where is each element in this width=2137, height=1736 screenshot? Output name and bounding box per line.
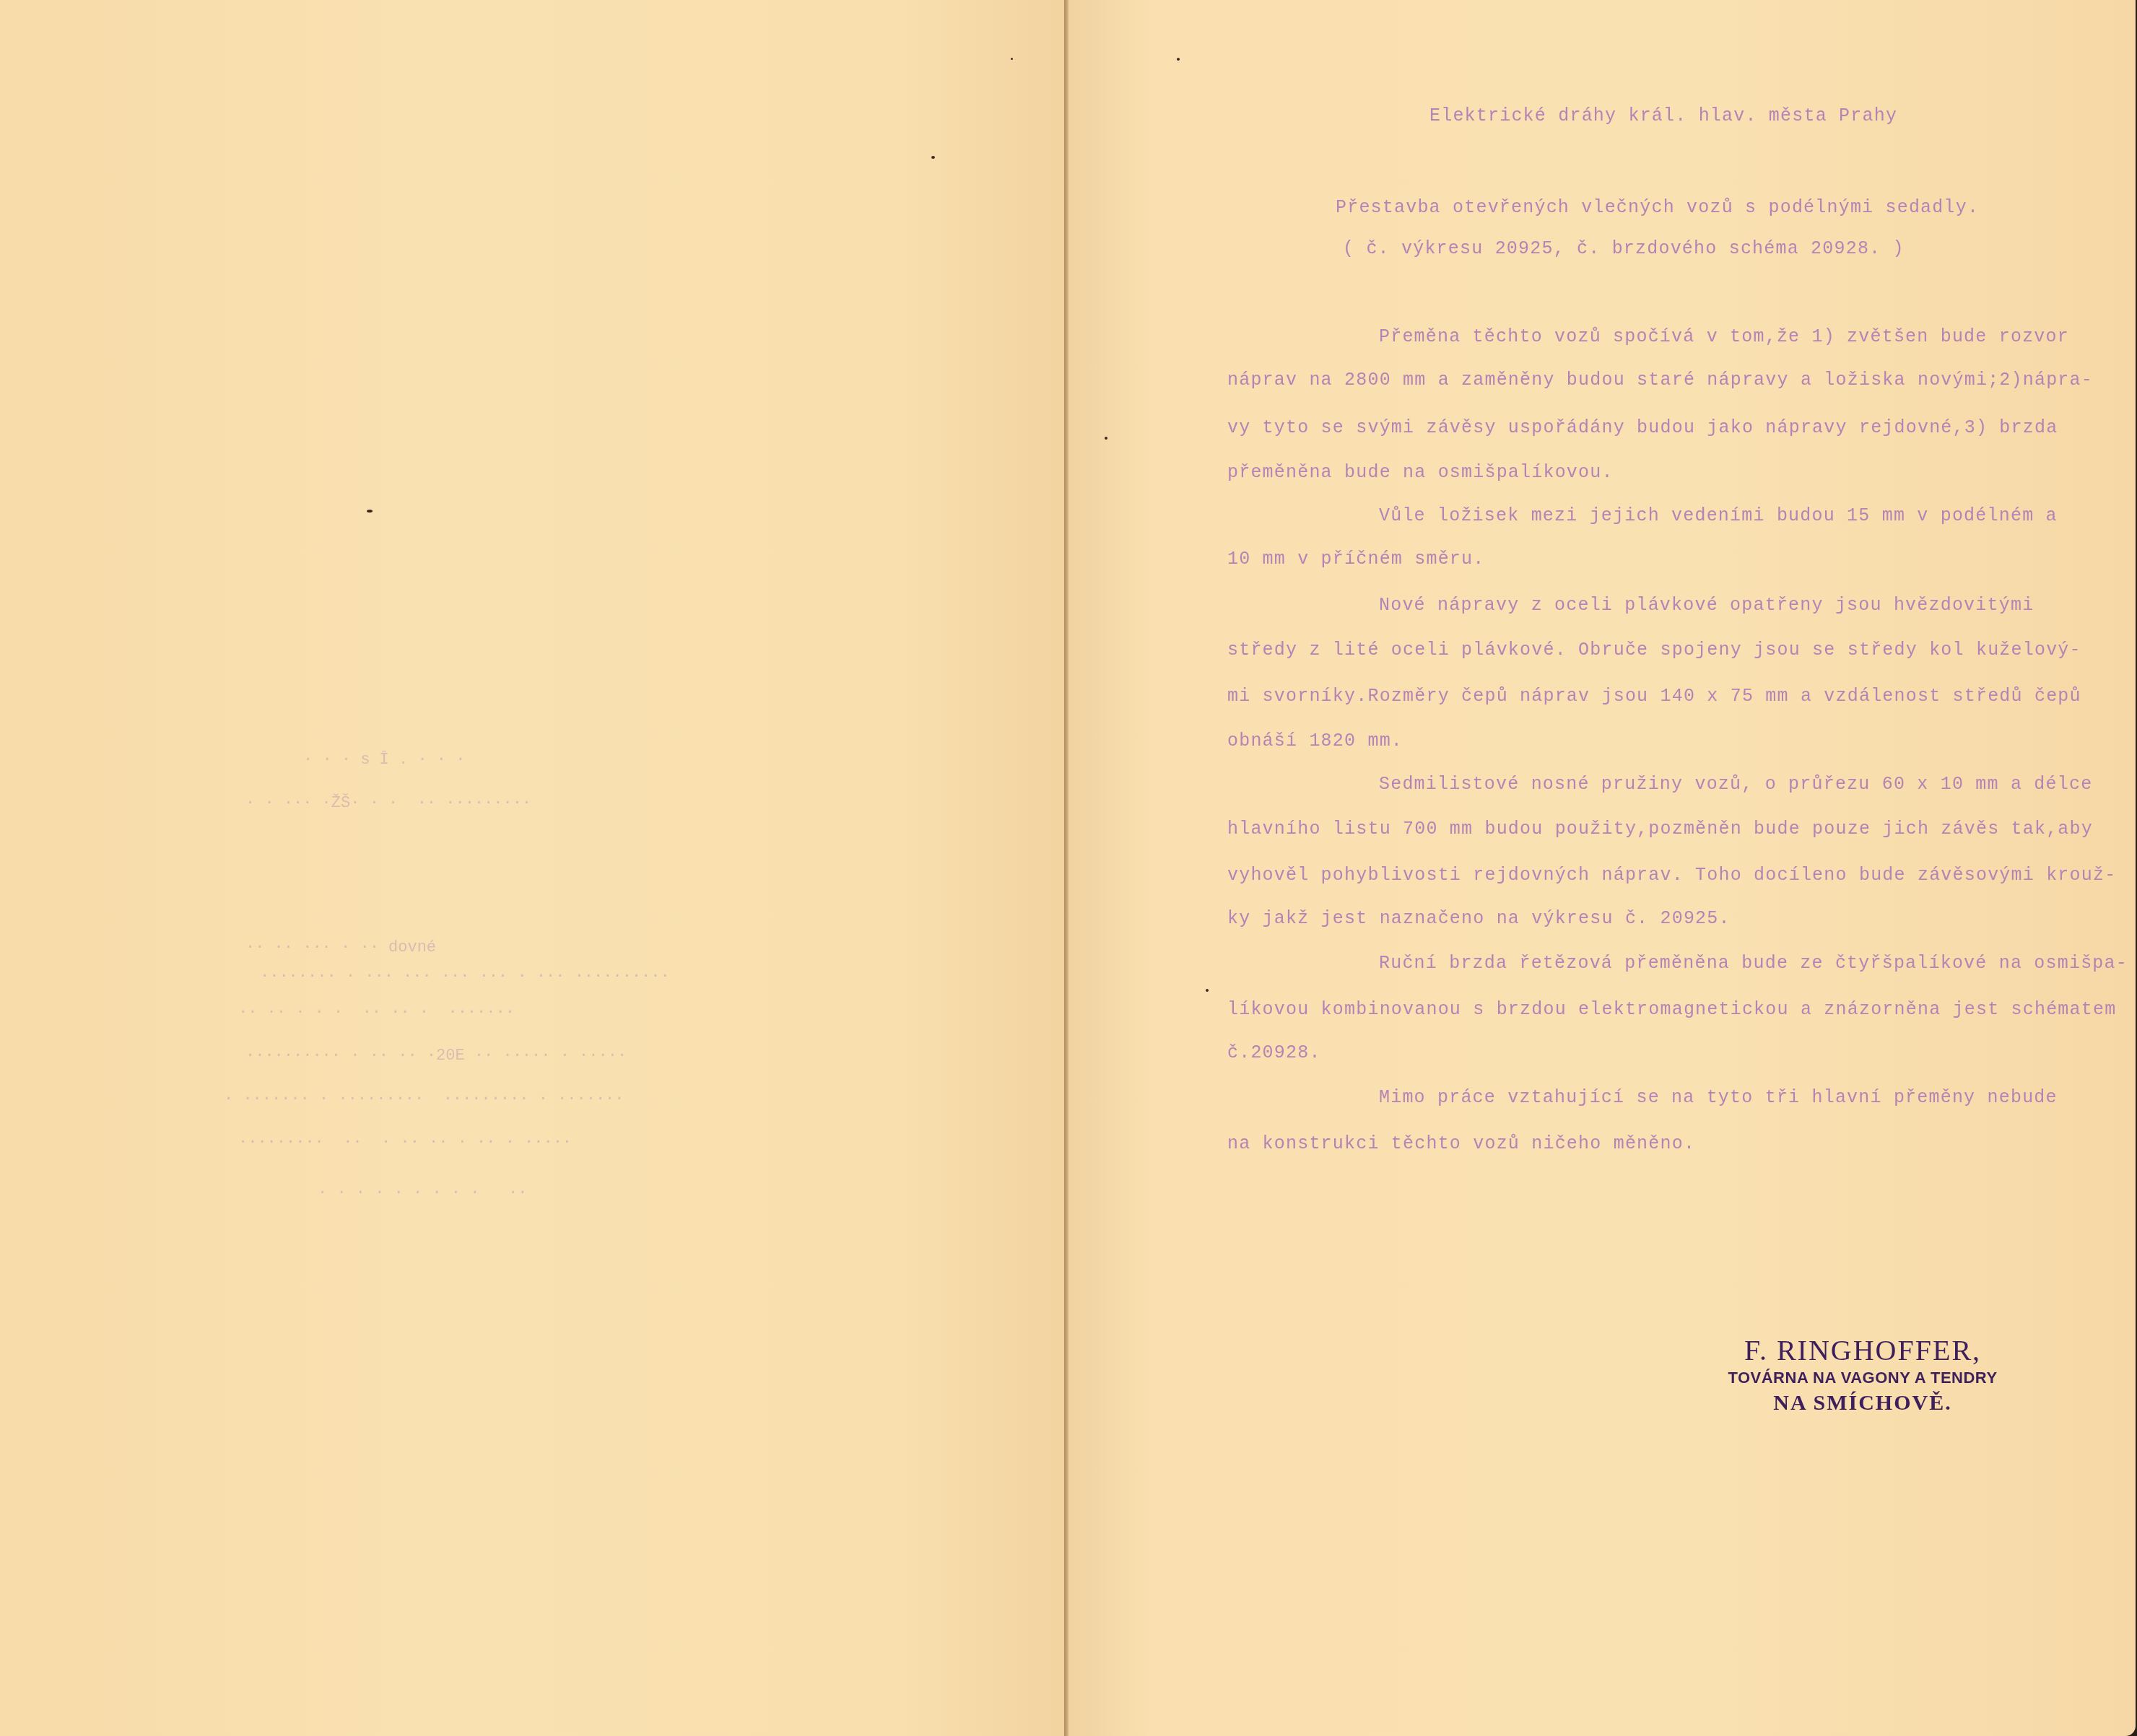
paper-speck (931, 156, 935, 159)
paragraph-line: náprav na 2800 mm a zaměněny budou staré… (1227, 370, 2093, 391)
bleed-through-line: ········· ·· · ·· ·· · ·· · ····· (238, 1133, 572, 1151)
paper-speck (1011, 58, 1013, 60)
bleed-through-line: ·········· · ·· ·· ·20E ·· ····· · ····· (245, 1047, 627, 1065)
company-stamp: F. RINGHOFFER, TOVÁRNA NA VAGONY A TENDR… (1689, 1334, 2036, 1418)
paragraph-line: vy tyto se svými závěsy uspořádány budou… (1227, 417, 2058, 438)
paragraph-line: hlavního listu 700 mm budou použity,pozm… (1227, 819, 2093, 839)
bleed-through-line: ········ · ··· ··· ··· ··· · ··· ·······… (260, 967, 670, 985)
document-reference: ( č. výkresu 20925, č. brzdového schéma … (1343, 238, 1905, 259)
document-title: Přestavba otevřených vlečných vozů s pod… (1336, 197, 1979, 218)
paragraph-line: ky jakž jest naznačeno na výkresu č. 209… (1227, 908, 1731, 929)
book-spread: · · · s Ī . · · · · · ··· ·ŽŠ· · · ·· ··… (0, 0, 2137, 1736)
paragraph-line: č.20928. (1227, 1042, 1321, 1063)
paragraph-line: Přeměna těchto vozů spočívá v tom,že 1) … (1379, 326, 2069, 347)
bleed-through-line: ·· ·· · · · ·· ·· · ······· (238, 1003, 515, 1021)
paragraph-line: přeměněna bude na osmišpalíkovou. (1227, 462, 1614, 483)
bleed-through-line: · · · · · · · · · ·· (318, 1184, 527, 1202)
paragraph-line: vyhověl pohyblivosti rejdovných náprav. … (1227, 865, 2116, 886)
bleed-through-line: ·· ·· ··· · ·· dovné (245, 938, 436, 956)
bleed-through-line: · ······· · ········· ········· · ······… (224, 1090, 624, 1108)
paper-speck (367, 510, 373, 512)
paragraph-line: obnáší 1820 mm. (1227, 730, 1403, 751)
paragraph-line: na konstrukci těchto vozů ničeho měněno. (1227, 1133, 1695, 1154)
paper-speck (1177, 58, 1180, 61)
paragraph-line: Sedmilistové nosné pružiny vozů, o průře… (1379, 774, 2092, 795)
paragraph-line: Nové nápravy z oceli plávkové opatřeny j… (1379, 595, 2034, 616)
document-header: Elektrické dráhy král. hlav. města Prahy (1429, 105, 1897, 126)
stamp-factory-line: TOVÁRNA NA VAGONY A TENDRY (1689, 1367, 2036, 1389)
paragraph-line: líkovou kombinovanou s brzdou elektromag… (1227, 999, 2116, 1020)
paragraph-line: Ruční brzda řetězová přeměněna bude ze č… (1379, 953, 2128, 974)
left-page: · · · s Ī . · · · · · ··· ·ŽŠ· · · ·· ··… (0, 0, 1066, 1736)
bleed-through-line: · · · s Ī . · · · (303, 751, 465, 769)
paragraph-line: Vůle ložisek mezi jejich vedeními budou … (1379, 505, 2058, 526)
stamp-company-name: F. RINGHOFFER, (1689, 1334, 2036, 1367)
paragraph-line: středy z lité oceli plávkové. Obruče spo… (1227, 640, 2081, 660)
paragraph-line: 10 mm v příčném směru. (1227, 549, 1484, 570)
paper-speck (1206, 989, 1209, 992)
stamp-place-line: NA SMÍCHOVĚ. (1689, 1389, 2036, 1418)
paragraph-line: mi svorníky.Rozměry čepů náprav jsou 140… (1227, 686, 2081, 707)
paper-speck (1105, 437, 1107, 440)
paragraph-line: Mimo práce vztahující se na tyto tři hla… (1379, 1087, 2058, 1108)
bleed-through-line: · · ··· ·ŽŠ· · · ·· ········· (245, 794, 531, 812)
